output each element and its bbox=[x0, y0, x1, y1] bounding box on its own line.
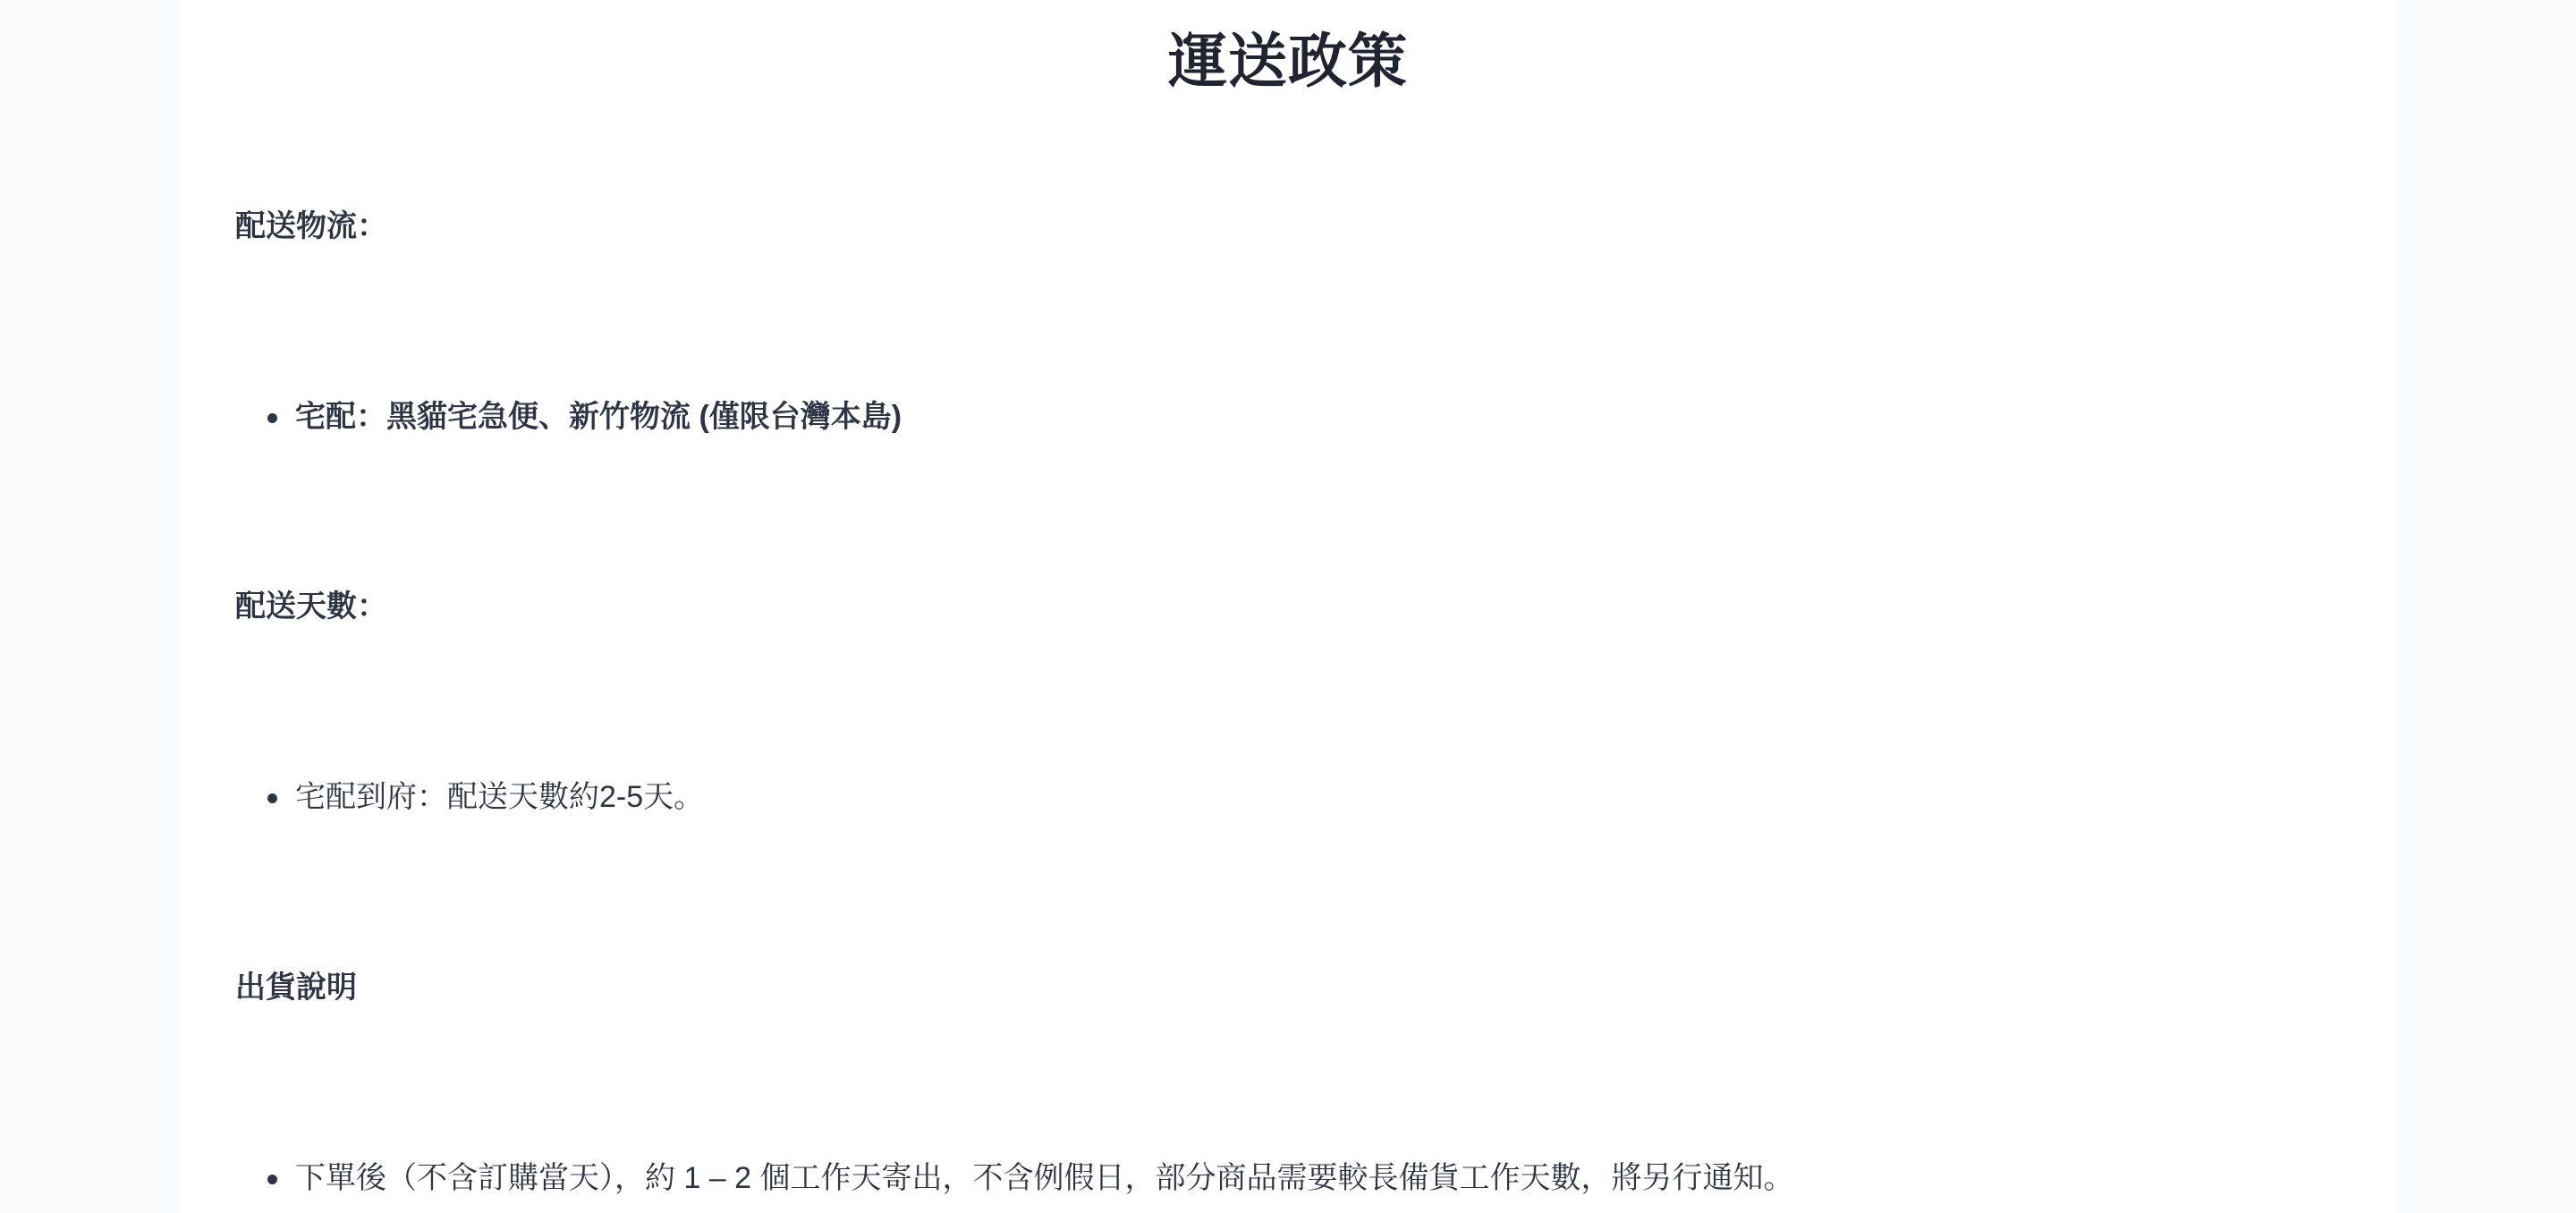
bullet-icon bbox=[267, 413, 277, 423]
list-item: 下單後（不含訂購當天），約 1 – 2 個工作天寄出，不含例假日，部分商品需要較… bbox=[235, 1157, 1794, 1200]
delivery-logistics-list: 宅配：黑貓宅急便、新竹物流 (僅限台灣本島) bbox=[235, 395, 902, 438]
shipping-notes-list: 下單後（不含訂購當天），約 1 – 2 個工作天寄出，不含例假日，部分商品需要較… bbox=[235, 1157, 1794, 1200]
list-item: 宅配到府：配送天數約2-5天。 bbox=[235, 776, 704, 819]
section-label-delivery-days: 配送天數： bbox=[235, 585, 387, 628]
list-item-text: 宅配到府：配送天數約2-5天。 bbox=[295, 780, 704, 814]
page-title: 運送政策 bbox=[177, 20, 2399, 102]
section-label-delivery-logistics: 配送物流： bbox=[235, 205, 387, 248]
bullet-icon bbox=[267, 793, 277, 803]
list-item-text: 宅配：黑貓宅急便、新竹物流 (僅限台灣本島) bbox=[295, 400, 902, 434]
section-label-shipping-notes: 出貨說明 bbox=[235, 966, 357, 1009]
content-panel: 運送政策 配送物流： 宅配：黑貓宅急便、新竹物流 (僅限台灣本島) 配送天數： … bbox=[177, 0, 2399, 1213]
delivery-days-list: 宅配到府：配送天數約2-5天。 bbox=[235, 776, 704, 819]
list-item-text: 下單後（不含訂購當天），約 1 – 2 個工作天寄出，不含例假日，部分商品需要較… bbox=[295, 1161, 1794, 1195]
bullet-icon bbox=[267, 1175, 277, 1184]
list-item: 宅配：黑貓宅急便、新竹物流 (僅限台灣本島) bbox=[235, 395, 902, 438]
